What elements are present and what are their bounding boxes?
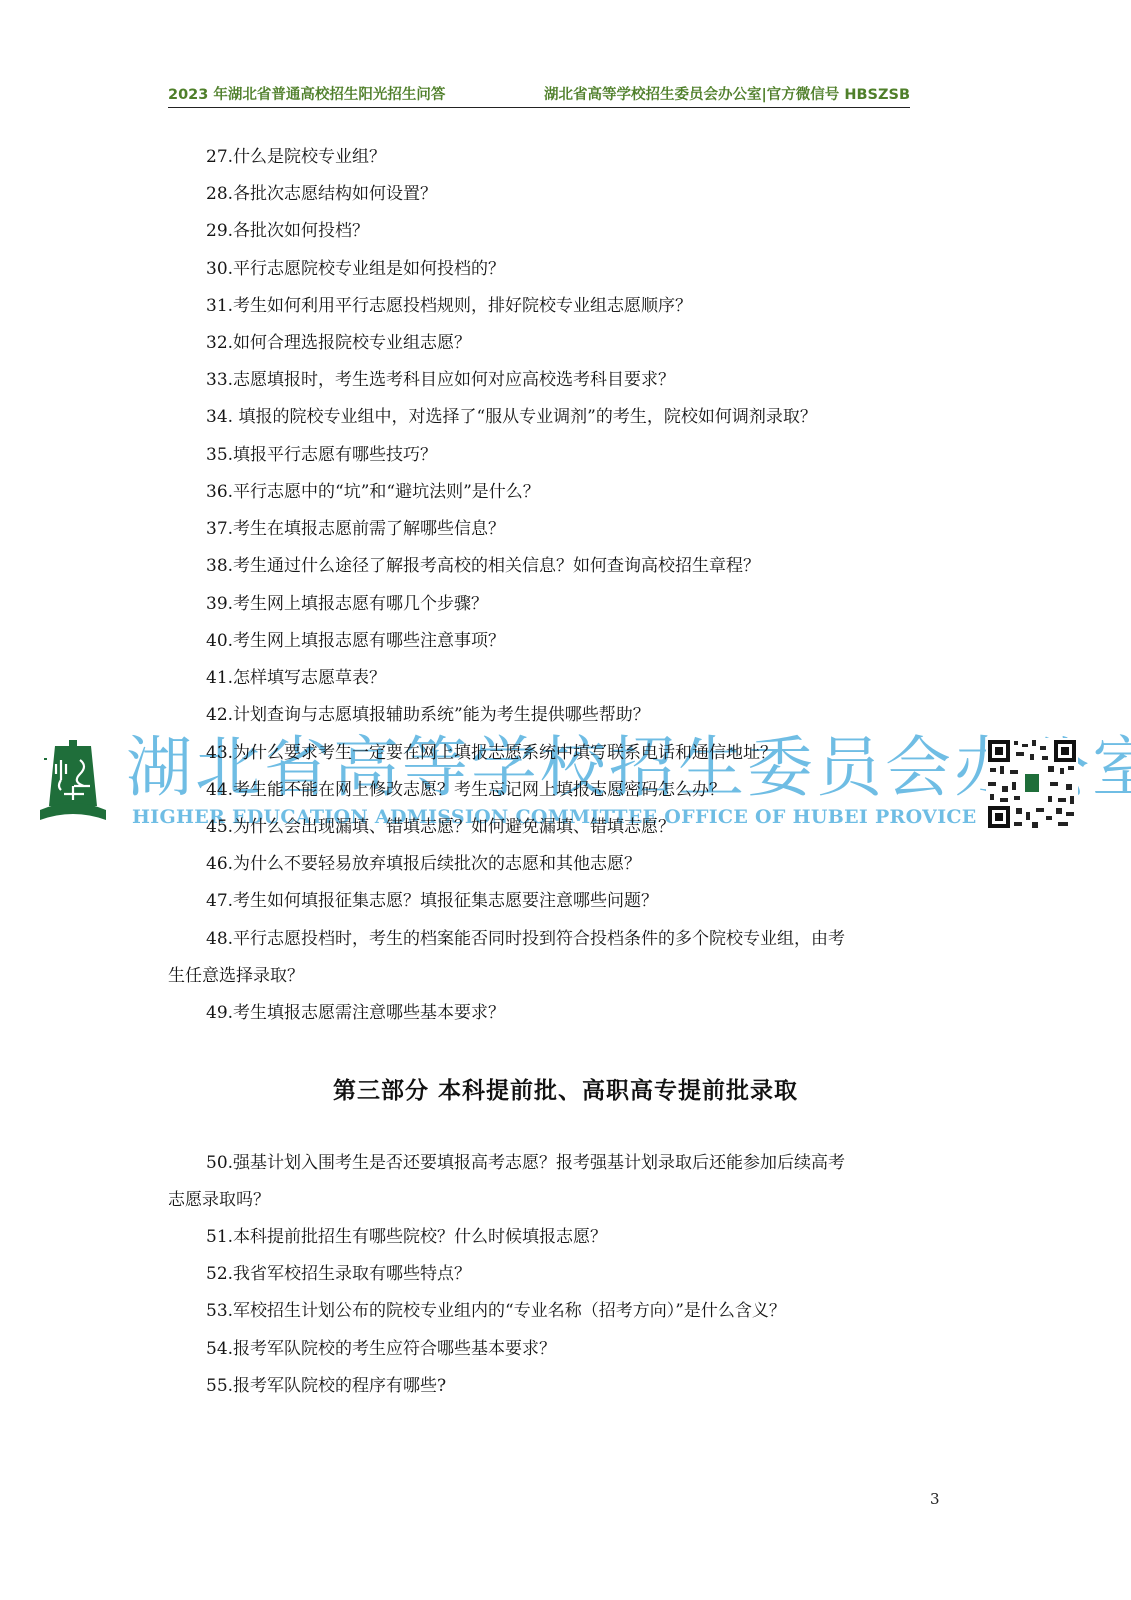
list-item: 43.为什么要求考生一定要在网上填报志愿系统中填写联系电话和通信地址？ — [206, 742, 777, 764]
list-item: 35.填报平行志愿有哪些技巧？ — [206, 444, 437, 466]
list-item: 39.考生网上填报志愿有哪几个步骤？ — [206, 593, 488, 615]
page-header: 2023 年湖北省普通高校招生阳光招生问答 湖北省高等学校招生委员会办公室|官方… — [168, 80, 910, 108]
list-item: 31.考生如何利用平行志愿投档规则，排好院校专业组志愿顺序？ — [206, 295, 692, 317]
section-heading: 第三部分 本科提前批、高职高专提前批录取 — [0, 1072, 1131, 1105]
list-item: 36.平行志愿中的“坑”和“避坑法则”是什么？ — [206, 481, 540, 503]
list-item: 30.平行志愿院校专业组是如何投档的？ — [206, 258, 505, 280]
list-item: 54.报考军队院校的考生应符合哪些基本要求？ — [206, 1338, 556, 1360]
list-item: 51.本科提前批招生有哪些院校？什么时候填报志愿？ — [206, 1226, 607, 1248]
list-item-continuation: 志愿录取吗？ — [168, 1189, 270, 1211]
list-item: 53.军校招生计划公布的院校专业组内的“专业名称（招考方向）”是什么含义？ — [206, 1300, 786, 1322]
list-item: 28.各批次志愿结构如何设置？ — [206, 183, 437, 205]
list-item: 29.各批次如何投档？ — [206, 220, 369, 242]
list-item: 32.如何合理选报院校专业组志愿？ — [206, 332, 471, 354]
list-item: 52.我省军校招生录取有哪些特点？ — [206, 1263, 471, 1285]
emblem-icon — [34, 738, 112, 824]
list-item: 48.平行志愿投档时，考生的档案能否同时投到符合投档条件的多个院校专业组，由考 — [206, 928, 845, 950]
list-item: 50.强基计划入围考生是否还要填报高考志愿？报考强基计划录取后还能参加后续高考 — [206, 1152, 845, 1174]
list-item: 37.考生在填报志愿前需了解哪些信息？ — [206, 518, 505, 540]
list-item: 49.考生填报志愿需注意哪些基本要求？ — [206, 1002, 505, 1024]
list-item: 41.怎样填写志愿草表？ — [206, 667, 386, 689]
list-item: 47.考生如何填报征集志愿？填报征集志愿要注意哪些问题？ — [206, 890, 658, 912]
list-item: 46.为什么不要轻易放弃填报后续批次的志愿和其他志愿？ — [206, 853, 641, 875]
header-title: 2023 年湖北省普通高校招生阳光招生问答 — [168, 83, 445, 104]
list-item: 44.考生能不能在网上修改志愿？考生忘记网上填报志愿密码怎么办？ — [206, 779, 726, 801]
list-item-continuation: 生任意选择录取？ — [168, 965, 304, 987]
qr-code-icon — [986, 738, 1078, 830]
list-item: 34. 填报的院校专业组中，对选择了“服从专业调剂”的考生，院校如何调剂录取？ — [206, 406, 817, 428]
list-item: 33.志愿填报时，考生选考科目应如何对应高校选考科目要求？ — [206, 369, 675, 391]
header-office: 湖北省高等学校招生委员会办公室|官方微信号 HBSZSB — [544, 83, 910, 104]
list-item: 42.计划查询与志愿填报辅助系统”能为考生提供哪些帮助？ — [206, 704, 650, 726]
list-item: 40.考生网上填报志愿有哪些注意事项？ — [206, 630, 505, 652]
page-number: 3 — [930, 1490, 940, 1508]
list-item: 38.考生通过什么途径了解报考高校的相关信息？如何查询高校招生章程？ — [206, 555, 760, 577]
list-item: 27.什么是院校专业组？ — [206, 146, 386, 168]
list-item: 45.为什么会出现漏填、错填志愿？如何避免漏填、错填志愿？ — [206, 816, 675, 838]
list-item: 55.报考军队院校的程序有哪些? — [206, 1375, 446, 1397]
